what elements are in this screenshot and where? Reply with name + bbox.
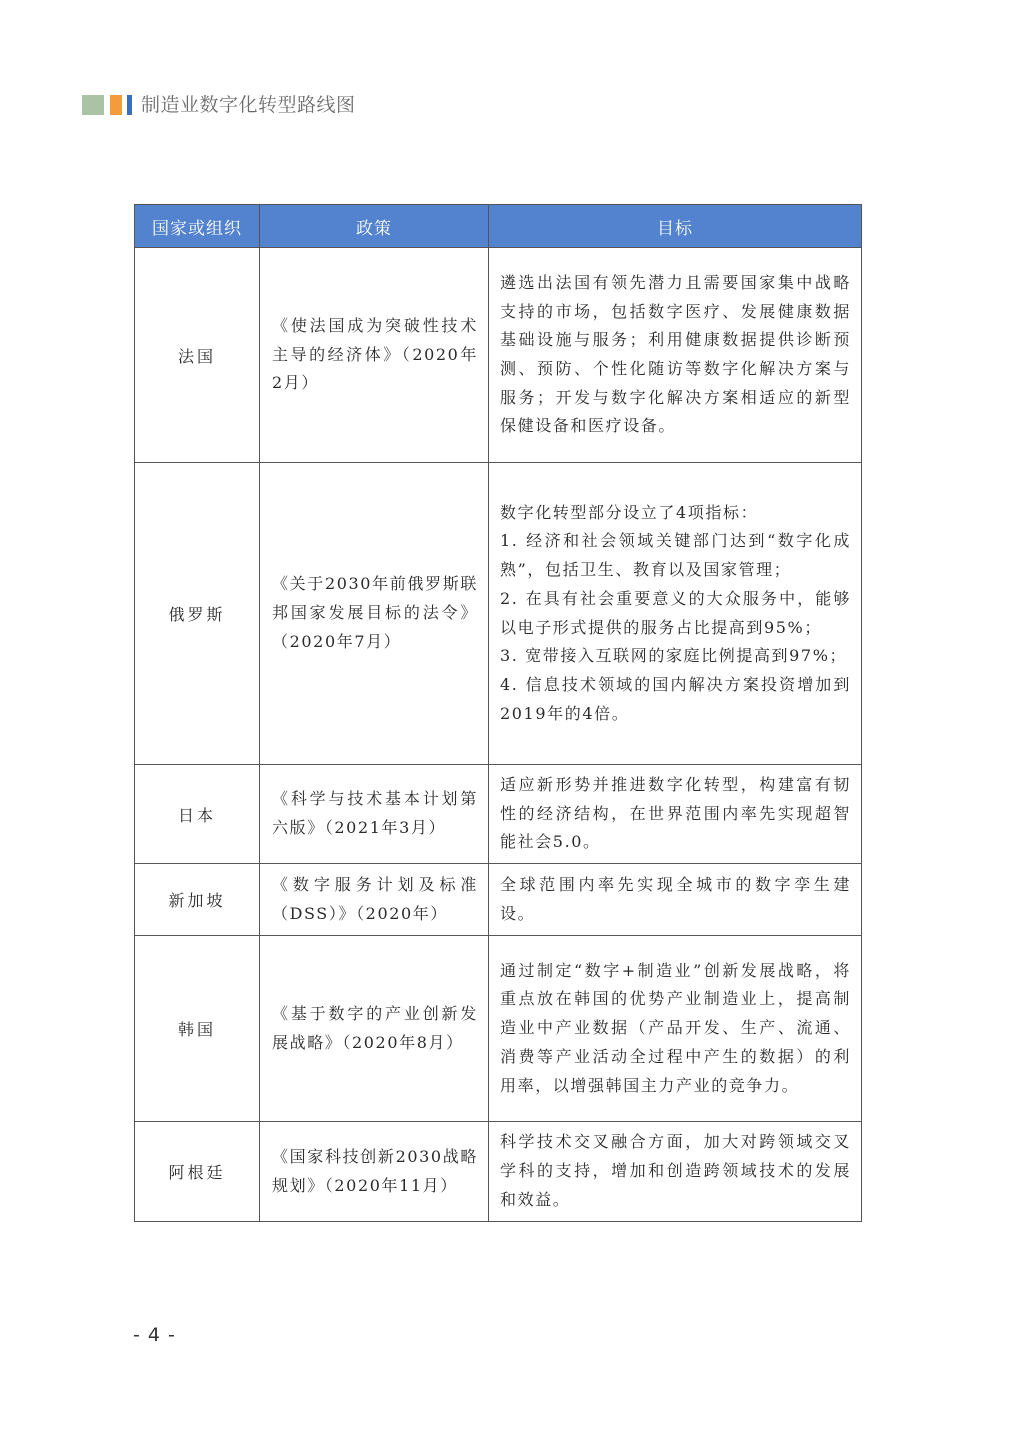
decor-green-block: [82, 95, 104, 115]
country-cell: 法国: [135, 248, 260, 463]
goal-item-2: 2. 在具有社会重要意义的大众服务中，能够以电子形式提供的服务占比提高到95%；: [500, 585, 851, 642]
goal-item-4: 4. 信息技术领域的国内解决方案投资增加到2019年的4倍。: [500, 671, 851, 728]
page-header: 制造业数字化转型路线图: [82, 93, 356, 117]
policy-cell: 《国家科技创新2030战略规划》（2020年11月）: [260, 1122, 489, 1222]
goal-text: 科学技术交叉融合方面，加大对跨领域交叉学科的支持，增加和创造跨领域技术的发展和效…: [500, 1128, 851, 1214]
table-header-row: 国家或组织 政策 目标: [135, 205, 862, 248]
policy-cell: 《科学与技术基本计划第六版》（2021年3月）: [260, 765, 489, 864]
policy-cell: 《使法国成为突破性技术主导的经济体》（2020年2月）: [260, 248, 489, 463]
goal-text: 适应新形势并推进数字化转型，构建富有韧性的经济结构，在世界范围内率先实现超智能社…: [500, 771, 851, 857]
country-cell: 日本: [135, 765, 260, 864]
page-number: - 4 -: [133, 1324, 176, 1346]
column-header-policy: 政策: [260, 205, 489, 248]
country-cell: 俄罗斯: [135, 463, 260, 765]
table-row-france: 法国 《使法国成为突破性技术主导的经济体》（2020年2月） 遴选出法国有领先潜…: [135, 248, 862, 463]
table-row-singapore: 新加坡 《数字服务计划及标准（DSS）》（2020年） 全球范围内率先实现全城市…: [135, 864, 862, 936]
country-cell: 新加坡: [135, 864, 260, 936]
goal-text: 全球范围内率先实现全城市的数字孪生建设。: [500, 871, 851, 928]
policy-cell: 《数字服务计划及标准（DSS）》（2020年）: [260, 864, 489, 936]
country-cell: 韩国: [135, 936, 260, 1122]
policy-table: 国家或组织 政策 目标 法国 《使法国成为突破性技术主导的经济体》（2020年2…: [134, 204, 862, 1222]
goal-text: 通过制定“数字+制造业”创新发展战略，将重点放在韩国的优势产业制造业上，提高制造…: [500, 957, 851, 1101]
column-header-country: 国家或组织: [135, 205, 260, 248]
goal-cell: 数字化转型部分设立了4项指标： 1. 经济和社会领域关键部门达到“数字化成熟”，…: [489, 463, 862, 765]
policy-cell: 《基于数字的产业创新发展战略》（2020年8月）: [260, 936, 489, 1122]
column-header-goal: 目标: [489, 205, 862, 248]
goal-item-3: 3. 宽带接入互联网的家庭比例提高到97%；: [500, 642, 851, 671]
goal-cell: 科学技术交叉融合方面，加大对跨领域交叉学科的支持，增加和创造跨领域技术的发展和效…: [489, 1122, 862, 1222]
table-row-russia: 俄罗斯 《关于2030年前俄罗斯联邦国家发展目标的法令》（2020年7月） 数字…: [135, 463, 862, 765]
decor-blue-block: [127, 95, 132, 115]
table-row-korea: 韩国 《基于数字的产业创新发展战略》（2020年8月） 通过制定“数字+制造业”…: [135, 936, 862, 1122]
table-row-japan: 日本 《科学与技术基本计划第六版》（2021年3月） 适应新形势并推进数字化转型…: [135, 765, 862, 864]
goal-intro: 数字化转型部分设立了4项指标：: [500, 499, 851, 528]
goal-text: 遴选出法国有领先潜力且需要国家集中战略支持的市场，包括数字医疗、发展健康数据基础…: [500, 269, 851, 441]
goal-item-1: 1. 经济和社会领域关键部门达到“数字化成熟”，包括卫生、教育以及国家管理；: [500, 527, 851, 584]
country-cell: 阿根廷: [135, 1122, 260, 1222]
goal-cell: 遴选出法国有领先潜力且需要国家集中战略支持的市场，包括数字医疗、发展健康数据基础…: [489, 248, 862, 463]
table-row-argentina: 阿根廷 《国家科技创新2030战略规划》（2020年11月） 科学技术交叉融合方…: [135, 1122, 862, 1222]
goal-cell: 通过制定“数字+制造业”创新发展战略，将重点放在韩国的优势产业制造业上，提高制造…: [489, 936, 862, 1122]
policy-cell: 《关于2030年前俄罗斯联邦国家发展目标的法令》（2020年7月）: [260, 463, 489, 765]
decor-orange-block: [110, 95, 122, 115]
goal-cell: 全球范围内率先实现全城市的数字孪生建设。: [489, 864, 862, 936]
running-header-title: 制造业数字化转型路线图: [141, 93, 356, 117]
goal-cell: 适应新形势并推进数字化转型，构建富有韧性的经济结构，在世界范围内率先实现超智能社…: [489, 765, 862, 864]
